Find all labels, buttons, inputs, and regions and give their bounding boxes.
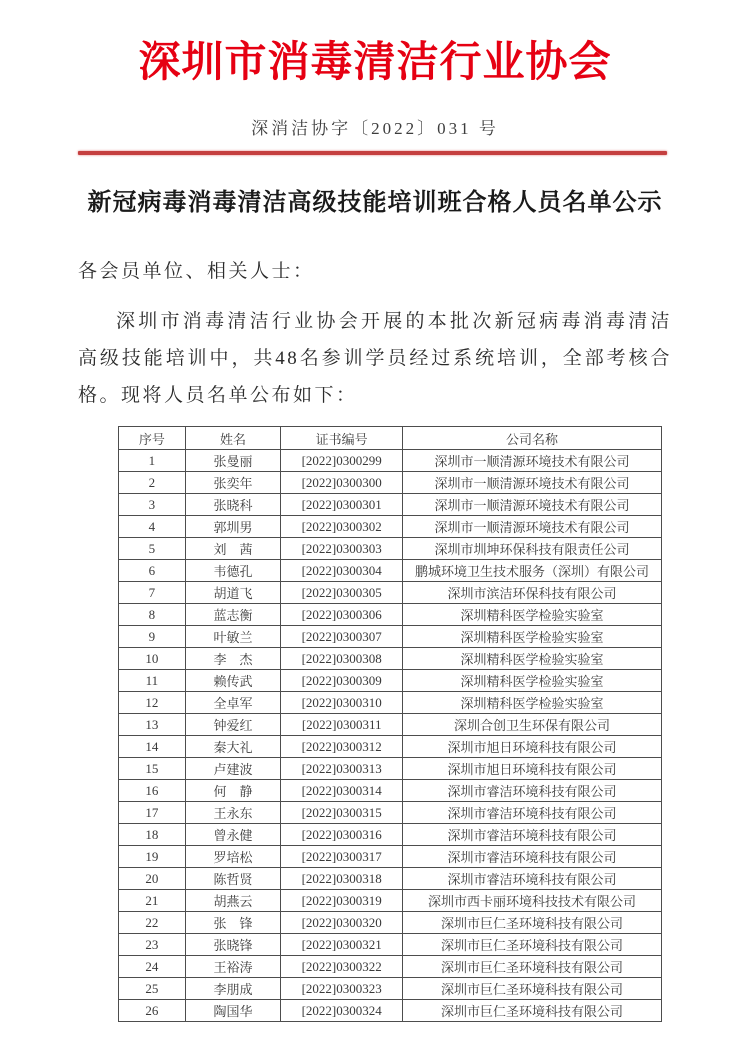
cell-cert: [2022]0300309 — [281, 670, 403, 692]
table-row: 13钟爱红[2022]0300311深圳合创卫生环保有限公司 — [119, 714, 662, 736]
cell-company: 深圳市巨仁圣环境科技有限公司 — [402, 912, 661, 934]
cell-company: 深圳市睿洁环境科技有限公司 — [402, 780, 661, 802]
cell-name: 刘 茜 — [185, 538, 281, 560]
cell-name: 张曼丽 — [185, 450, 281, 472]
cell-seq: 9 — [119, 626, 186, 648]
cell-cert: [2022]0300319 — [281, 890, 403, 912]
cell-cert: [2022]0300300 — [281, 472, 403, 494]
cell-company: 深圳市旭日环境科技有限公司 — [402, 758, 661, 780]
table-row: 18曾永健[2022]0300316深圳市睿洁环境科技有限公司 — [119, 824, 662, 846]
cell-company: 深圳市巨仁圣环境科技有限公司 — [402, 934, 661, 956]
cell-cert: [2022]0300302 — [281, 516, 403, 538]
table-row: 16何 静[2022]0300314深圳市睿洁环境科技有限公司 — [119, 780, 662, 802]
cell-seq: 25 — [119, 978, 186, 1000]
body-text: 各会员单位、相关人士： 深圳市消毒清洁行业协会开展的本批次新冠病毒消毒清洁高级技… — [78, 253, 672, 414]
cell-cert: [2022]0300322 — [281, 956, 403, 978]
table-row: 8蓝志衡[2022]0300306深圳精科医学检验实验室 — [119, 604, 662, 626]
table-row: 19罗培松[2022]0300317深圳市睿洁环境科技有限公司 — [119, 846, 662, 868]
cell-name: 胡燕云 — [185, 890, 281, 912]
cell-company: 深圳合创卫生环保有限公司 — [402, 714, 661, 736]
cell-name: 胡道飞 — [185, 582, 281, 604]
cell-seq: 8 — [119, 604, 186, 626]
cell-seq: 13 — [119, 714, 186, 736]
cell-cert: [2022]0300308 — [281, 648, 403, 670]
cell-cert: [2022]0300306 — [281, 604, 403, 626]
red-divider-rule — [78, 151, 667, 155]
cell-seq: 26 — [119, 1000, 186, 1022]
cell-name: 全卓军 — [185, 692, 281, 714]
cell-seq: 16 — [119, 780, 186, 802]
cell-company: 深圳市一顺清源环境技术有限公司 — [402, 516, 661, 538]
cell-seq: 17 — [119, 802, 186, 824]
cell-company: 深圳市巨仁圣环境科技有限公司 — [402, 956, 661, 978]
cell-company: 深圳市巨仁圣环境科技有限公司 — [402, 1000, 661, 1022]
cell-name: 卢建波 — [185, 758, 281, 780]
cell-cert: [2022]0300316 — [281, 824, 403, 846]
cell-cert: [2022]0300317 — [281, 846, 403, 868]
cell-seq: 10 — [119, 648, 186, 670]
cell-seq: 14 — [119, 736, 186, 758]
cell-cert: [2022]0300310 — [281, 692, 403, 714]
cell-company: 深圳市一顺清源环境技术有限公司 — [402, 494, 661, 516]
table-row: 14秦大礼[2022]0300312深圳市旭日环境科技有限公司 — [119, 736, 662, 758]
cell-name: 陶国华 — [185, 1000, 281, 1022]
trainee-roster-table: 序号 姓名 证书编号 公司名称 1张曼丽[2022]0300299深圳市一顺清源… — [118, 426, 662, 1022]
table-row: 11赖传武[2022]0300309深圳精科医学检验实验室 — [119, 670, 662, 692]
cell-cert: [2022]0300301 — [281, 494, 403, 516]
cell-company: 深圳精科医学检验实验室 — [402, 604, 661, 626]
cell-name: 王裕涛 — [185, 956, 281, 978]
cell-seq: 5 — [119, 538, 186, 560]
cell-cert: [2022]0300307 — [281, 626, 403, 648]
table-row: 9叶敏兰[2022]0300307深圳精科医学检验实验室 — [119, 626, 662, 648]
cell-company: 深圳精科医学检验实验室 — [402, 648, 661, 670]
table-row: 1张曼丽[2022]0300299深圳市一顺清源环境技术有限公司 — [119, 450, 662, 472]
cell-name: 张晓锋 — [185, 934, 281, 956]
cell-cert: [2022]0300324 — [281, 1000, 403, 1022]
cell-company: 深圳市一顺清源环境技术有限公司 — [402, 450, 661, 472]
table-row: 26陶国华[2022]0300324深圳市巨仁圣环境科技有限公司 — [119, 1000, 662, 1022]
cell-name: 钟爱红 — [185, 714, 281, 736]
cell-seq: 21 — [119, 890, 186, 912]
notice-title: 新冠病毒消毒清洁高级技能培训班合格人员名单公示 — [20, 182, 730, 217]
cell-cert: [2022]0300320 — [281, 912, 403, 934]
table-row: 5刘 茜[2022]0300303深圳市圳坤环保科技有限责任公司 — [119, 538, 662, 560]
cell-cert: [2022]0300315 — [281, 802, 403, 824]
cell-company: 深圳市圳坤环保科技有限责任公司 — [402, 538, 661, 560]
cell-name: 李 杰 — [185, 648, 281, 670]
table-row: 20陈哲贤[2022]0300318深圳市睿洁环境科技有限公司 — [119, 868, 662, 890]
cell-cert: [2022]0300314 — [281, 780, 403, 802]
cell-cert: [2022]0300305 — [281, 582, 403, 604]
cell-seq: 15 — [119, 758, 186, 780]
table-row: 7胡道飞[2022]0300305深圳市滨洁环保科技有限公司 — [119, 582, 662, 604]
table-row: 23张晓锋[2022]0300321深圳市巨仁圣环境科技有限公司 — [119, 934, 662, 956]
cell-seq: 18 — [119, 824, 186, 846]
cell-name: 李朋成 — [185, 978, 281, 1000]
table-row: 21胡燕云[2022]0300319深圳市西卡丽环境科技技术有限公司 — [119, 890, 662, 912]
cell-seq: 7 — [119, 582, 186, 604]
cell-seq: 23 — [119, 934, 186, 956]
cell-company: 深圳市一顺清源环境技术有限公司 — [402, 472, 661, 494]
table-row: 15卢建波[2022]0300313深圳市旭日环境科技有限公司 — [119, 758, 662, 780]
col-header-name: 姓名 — [185, 427, 281, 450]
cell-company: 深圳市旭日环境科技有限公司 — [402, 736, 661, 758]
cell-cert: [2022]0300318 — [281, 868, 403, 890]
table-row: 25李朋成[2022]0300323深圳市巨仁圣环境科技有限公司 — [119, 978, 662, 1000]
cell-cert: [2022]0300312 — [281, 736, 403, 758]
cell-company: 深圳市睿洁环境科技有限公司 — [402, 846, 661, 868]
cell-company: 深圳市西卡丽环境科技技术有限公司 — [402, 890, 661, 912]
cell-cert: [2022]0300321 — [281, 934, 403, 956]
cell-cert: [2022]0300299 — [281, 450, 403, 472]
cell-company: 深圳市睿洁环境科技有限公司 — [402, 824, 661, 846]
cell-company: 深圳市睿洁环境科技有限公司 — [402, 868, 661, 890]
cell-company: 深圳精科医学检验实验室 — [402, 626, 661, 648]
cell-company: 深圳市滨洁环保科技有限公司 — [402, 582, 661, 604]
cell-cert: [2022]0300303 — [281, 538, 403, 560]
table-header-row: 序号 姓名 证书编号 公司名称 — [119, 427, 662, 450]
col-header-company: 公司名称 — [402, 427, 661, 450]
cell-name: 张 锋 — [185, 912, 281, 934]
table-row: 24王裕涛[2022]0300322深圳市巨仁圣环境科技有限公司 — [119, 956, 662, 978]
table-row: 3张晓科[2022]0300301深圳市一顺清源环境技术有限公司 — [119, 494, 662, 516]
cell-seq: 11 — [119, 670, 186, 692]
cell-seq: 20 — [119, 868, 186, 890]
cell-name: 王永东 — [185, 802, 281, 824]
table-row: 12全卓军[2022]0300310深圳精科医学检验实验室 — [119, 692, 662, 714]
cell-name: 赖传武 — [185, 670, 281, 692]
org-title: 深圳市消毒清洁行业协会 — [0, 36, 750, 88]
cell-name: 张晓科 — [185, 494, 281, 516]
table-row: 22张 锋[2022]0300320深圳市巨仁圣环境科技有限公司 — [119, 912, 662, 934]
cell-name: 蓝志衡 — [185, 604, 281, 626]
cell-seq: 4 — [119, 516, 186, 538]
table-row: 4郭圳男[2022]0300302深圳市一顺清源环境技术有限公司 — [119, 516, 662, 538]
cell-cert: [2022]0300304 — [281, 560, 403, 582]
doc-number: 深消洁协字〔2022〕031 号 — [0, 114, 750, 139]
body-paragraph: 深圳市消毒清洁行业协会开展的本批次新冠病毒消毒清洁高级技能培训中，共48名参训学… — [78, 303, 672, 414]
cell-cert: [2022]0300311 — [281, 714, 403, 736]
cell-seq: 2 — [119, 472, 186, 494]
cell-seq: 12 — [119, 692, 186, 714]
cell-name: 郭圳男 — [185, 516, 281, 538]
table-body: 1张曼丽[2022]0300299深圳市一顺清源环境技术有限公司2张奕年[202… — [119, 450, 662, 1022]
cell-name: 曾永健 — [185, 824, 281, 846]
table-row: 6韦德孔[2022]0300304鹏城环境卫生技术服务（深圳）有限公司 — [119, 560, 662, 582]
cell-seq: 3 — [119, 494, 186, 516]
cell-company: 深圳市睿洁环境科技有限公司 — [402, 802, 661, 824]
cell-name: 陈哲贤 — [185, 868, 281, 890]
cell-company: 深圳精科医学检验实验室 — [402, 670, 661, 692]
cell-name: 韦德孔 — [185, 560, 281, 582]
cell-seq: 22 — [119, 912, 186, 934]
cell-name: 秦大礼 — [185, 736, 281, 758]
cell-company: 深圳精科医学检验实验室 — [402, 692, 661, 714]
cell-seq: 24 — [119, 956, 186, 978]
cell-seq: 19 — [119, 846, 186, 868]
table-row: 2张奕年[2022]0300300深圳市一顺清源环境技术有限公司 — [119, 472, 662, 494]
cell-seq: 6 — [119, 560, 186, 582]
cell-name: 何 静 — [185, 780, 281, 802]
cell-name: 张奕年 — [185, 472, 281, 494]
cell-company: 鹏城环境卫生技术服务（深圳）有限公司 — [402, 560, 661, 582]
table-row: 17王永东[2022]0300315深圳市睿洁环境科技有限公司 — [119, 802, 662, 824]
cell-seq: 1 — [119, 450, 186, 472]
cell-name: 罗培松 — [185, 846, 281, 868]
salutation-line: 各会员单位、相关人士： — [78, 253, 672, 290]
cell-cert: [2022]0300323 — [281, 978, 403, 1000]
cell-company: 深圳市巨仁圣环境科技有限公司 — [402, 978, 661, 1000]
table-row: 10李 杰[2022]0300308深圳精科医学检验实验室 — [119, 648, 662, 670]
col-header-cert: 证书编号 — [281, 427, 403, 450]
cell-name: 叶敏兰 — [185, 626, 281, 648]
col-header-seq: 序号 — [119, 427, 186, 450]
cell-cert: [2022]0300313 — [281, 758, 403, 780]
document-page: 深圳市消毒清洁行业协会 深消洁协字〔2022〕031 号 新冠病毒消毒清洁高级技… — [0, 0, 750, 1060]
